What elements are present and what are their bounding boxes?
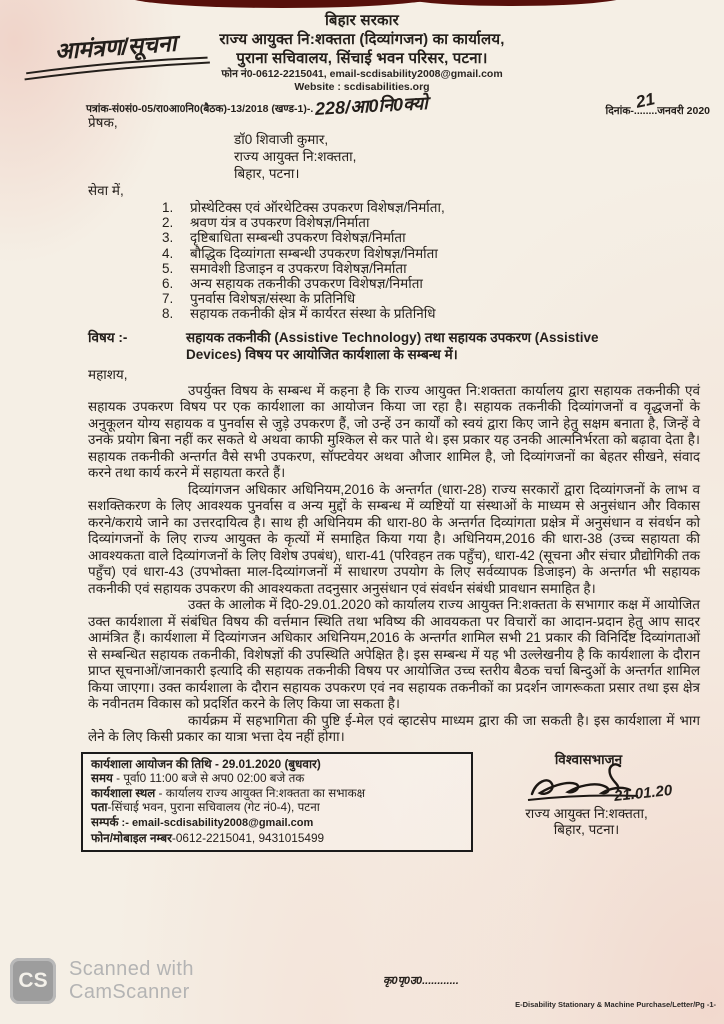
workshop-date-value: - 29.01.2020 (बुधवार) <box>212 757 321 771</box>
workshop-contact-label: सम्पर्क <box>91 815 119 829</box>
workshop-venue-line: कार्यशाला स्थल - कार्यालय राज्य आयुक्त न… <box>91 786 463 801</box>
sender-designation: राज्य आयुक्त नि:शक्तता, <box>234 148 700 165</box>
list-item-text: समावेशी डिजाइन व उपकरण विशेषज्ञ/निर्माता <box>190 261 407 276</box>
list-item-number: 8. <box>162 306 190 321</box>
list-item-number: 1. <box>162 200 190 215</box>
paragraph-2: दिव्यांगजन अधिकार अधिनियम,2016 के अन्तर्… <box>88 482 700 598</box>
workshop-venue-value: - कार्यालय राज्य आयुक्त नि:शक्तता का सभा… <box>155 786 365 800</box>
signature-place: बिहार, पटना। <box>473 822 700 838</box>
signature-closing: विश्वासभाजन <box>477 752 700 768</box>
letter-number-printed: पत्रांक-सं0सं0-05/रा0आ0नि0(बैठक)-13/2018… <box>86 95 313 115</box>
workshop-details-box: कार्यशाला आयोजन की तिथि - 29.01.2020 (बु… <box>81 752 473 853</box>
camscanner-logo-icon: CS <box>10 958 56 1004</box>
workshop-date-label: कार्यशाला आयोजन की तिथि <box>91 757 212 771</box>
workshop-phone-value: -0612-2215041, 9431015499 <box>172 831 324 845</box>
camscanner-text-line2: CamScanner <box>69 981 194 1004</box>
scanned-letter-page: आमंत्रण/सूचना बिहार सरकार राज्य आयुक्त न… <box>0 0 724 1024</box>
list-item-number: 4. <box>162 246 190 261</box>
workshop-phone-label: फोन/मोबाइल नम्बर <box>91 831 172 845</box>
camscanner-watermark: CS Scanned with CamScanner <box>10 958 194 1004</box>
sender-address: डॉ0 शिवाजी कुमार, राज्य आयुक्त नि:शक्तता… <box>234 131 700 182</box>
turn-over-note: कृ0पृ0उ0............ <box>383 973 459 988</box>
workshop-address-label: पता <box>91 800 107 814</box>
list-item-text: अन्य सहायक तकनीकी उपकरण विशेषज्ञ/निर्मात… <box>190 276 423 291</box>
workshop-date-line: कार्यशाला आयोजन की तिथि - 29.01.2020 (बु… <box>91 757 463 772</box>
office-phone-email: फोन नं0-0612-2215041, email-scdisability… <box>0 68 724 81</box>
list-item-text: दृष्टिबाधिता सम्बन्धी उपकरण विशेषज्ञ/निर… <box>190 230 406 245</box>
date-day-handwritten: 21 <box>634 89 657 112</box>
footer-stationery-note: E-Disability Stationary & Machine Purcha… <box>515 1000 716 1009</box>
list-item-number: 6. <box>162 276 190 291</box>
list-item-number: 3. <box>162 230 190 245</box>
bottom-row: कार्यशाला आयोजन की तिथि - 29.01.2020 (बु… <box>81 752 700 853</box>
subject-row: विषय :- सहायक तकनीकी (Assistive Technolo… <box>88 329 700 363</box>
government-name: बिहार सरकार <box>0 11 724 30</box>
sender-label: प्रेषक, <box>88 114 700 131</box>
list-item: 6.अन्य सहायक तकनीकी उपकरण विशेषज्ञ/निर्म… <box>88 276 700 291</box>
paragraph-1: उपर्युक्त विषय के सम्बन्ध में कहना है कि… <box>88 383 700 482</box>
salutation: महाशय, <box>88 366 700 383</box>
list-item: 1.प्रोस्थेटिक्स एवं ऑरथेटिक्स उपकरण विशे… <box>88 200 700 215</box>
workshop-time-value: - पूर्वा0 11:00 बजे से अप0 02:00 बजे तक <box>113 771 304 785</box>
list-item-text: प्रोस्थेटिक्स एवं ऑरथेटिक्स उपकरण विशेषज… <box>190 200 445 215</box>
letterhead: बिहार सरकार राज्य आयुक्त नि:शक्तता (दिव्… <box>0 11 724 94</box>
workshop-phone-line: फोन/मोबाइल नम्बर-0612-2215041, 943101549… <box>91 831 463 846</box>
list-item-text: पुनर्वास विशेषज्ञ/संस्था के प्रतिनिधि <box>190 291 355 306</box>
list-item-text: श्रवण यंत्र व उपकरण विशेषज्ञ/निर्माता <box>190 215 369 230</box>
camscanner-text: Scanned with CamScanner <box>69 958 194 1004</box>
workshop-contact-value: :- email-scdisability2008@gmail.com <box>119 817 314 829</box>
list-item-number: 2. <box>162 215 190 230</box>
workshop-time-line: समय - पूर्वा0 11:00 बजे से अप0 02:00 बजे… <box>91 771 463 786</box>
list-item: 5.समावेशी डिजाइन व उपकरण विशेषज्ञ/निर्मा… <box>88 261 700 276</box>
office-address: पुराना सचिवालय, सिंचाई भवन परिसर, पटना। <box>0 49 724 68</box>
list-item-number: 5. <box>162 261 190 276</box>
list-item: 4.बौद्धिक दिव्यांगता सम्बन्धी उपकरण विशे… <box>88 246 700 261</box>
camscanner-text-line1: Scanned with <box>69 958 194 981</box>
paragraph-4: कार्यक्रम में सहभागिता की पुष्टि ई-मेल ए… <box>88 713 700 746</box>
sender-place: बिहार, पटना। <box>234 165 700 182</box>
list-item: 2.श्रवण यंत्र व उपकरण विशेषज्ञ/निर्माता <box>88 215 700 230</box>
recipient-label: सेवा में, <box>88 182 700 199</box>
list-item: 7.पुनर्वास विशेषज्ञ/संस्था के प्रतिनिधि <box>88 291 700 306</box>
sender-name: डॉ0 शिवाजी कुमार, <box>234 131 700 148</box>
signature-designation: राज्य आयुक्त नि:शक्तता, <box>473 806 700 822</box>
list-item: 8.सहायक तकनीकी क्षेत्र में कार्यरत संस्थ… <box>88 306 700 321</box>
office-website: Website : scdisabilities.org <box>0 81 724 94</box>
workshop-venue-label: कार्यशाला स्थल <box>91 786 155 800</box>
list-item-number: 7. <box>162 291 190 306</box>
scan-artifact-band <box>126 0 438 8</box>
list-item-text: बौद्धिक दिव्यांगता सम्बन्धी उपकरण विशेषज… <box>190 246 438 261</box>
workshop-contact-line: सम्पर्क :- email-scdisability2008@gmail.… <box>91 815 463 831</box>
recipient-list: 1.प्रोस्थेटिक्स एवं ऑरथेटिक्स उपकरण विशे… <box>88 200 700 322</box>
workshop-time-label: समय <box>91 771 113 785</box>
workshop-address-value: -सिंचाई भवन, पुराना सचिवालय (गेट नं0-4),… <box>107 800 319 814</box>
subject-label: विषय :- <box>88 329 186 363</box>
list-item: 3.दृष्टिबाधिता सम्बन्धी उपकरण विशेषज्ञ/न… <box>88 230 700 245</box>
office-name: राज्य आयुक्त नि:शक्तता (दिव्यांगजन) का क… <box>0 30 724 49</box>
workshop-address-line: पता-सिंचाई भवन, पुराना सचिवालय (गेट नं0-… <box>91 800 463 815</box>
subject-text: सहायक तकनीकी (Assistive Technology) तथा … <box>186 329 648 363</box>
letter-body: प्रेषक, डॉ0 शिवाजी कुमार, राज्य आयुक्त न… <box>88 114 700 852</box>
scan-artifact-band <box>398 0 626 6</box>
paragraph-3: उक्त के आलोक में दि0-29.01.2020 को कार्य… <box>88 597 700 713</box>
signature-block: विश्वासभाजन 21.01.20 राज्य आयुक्त नि:शक्… <box>473 752 700 853</box>
list-item-text: सहायक तकनीकी क्षेत्र में कार्यरत संस्था … <box>190 306 436 321</box>
